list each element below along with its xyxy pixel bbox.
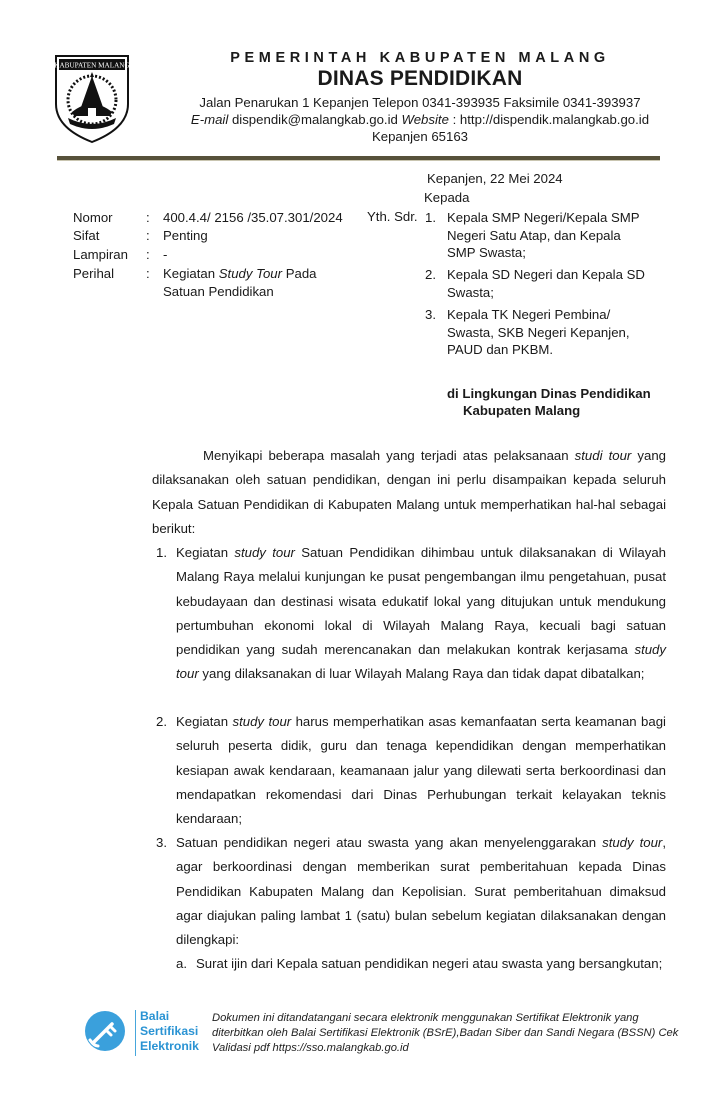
- list-number: 3.: [156, 831, 167, 855]
- recipient-number: 1.: [425, 209, 436, 227]
- list-item: Kegiatan study tour Satuan Pendidikan di…: [176, 541, 666, 687]
- recipient-number: 3.: [425, 306, 436, 324]
- list-item: Kegiatan study tour harus memperhatikan …: [176, 710, 666, 831]
- email-website-line: E-mail dispendik@malangkab.go.id Website…: [160, 111, 680, 128]
- government-name: PEMERINTAH KABUPATEN MALANG: [160, 50, 680, 66]
- address-line: Jalan Penarukan 1 Kepanjen Telepon 0341-…: [160, 94, 680, 111]
- city-postal: Kepanjen 65163: [160, 128, 680, 145]
- recipient-item: Kepala SMP Negeri/Kepala SMP Negeri Satu…: [447, 209, 687, 262]
- list-number: 2.: [156, 710, 167, 734]
- bsre-name: Balai Sertifikasi Elektronik: [140, 1009, 199, 1054]
- sublist-letter: a.: [176, 952, 187, 976]
- intro-paragraph: Menyikapi beberapa masalah yang terjadi …: [152, 444, 666, 541]
- meta-label-lampiran: Lampiran: [73, 246, 128, 264]
- website-label: Website: [402, 112, 449, 127]
- bsre-key-logo-icon: [84, 1010, 126, 1052]
- meta-label-nomor: Nomor: [73, 209, 113, 227]
- meta-value-lampiran: -: [163, 246, 167, 264]
- to-label: Kepada: [424, 190, 469, 205]
- meta-label-perihal: Perihal: [73, 265, 114, 283]
- list-item: Satuan pendidikan negeri atau swasta yan…: [176, 831, 666, 952]
- email-address[interactable]: dispendik@malangkab.go.id: [232, 112, 398, 127]
- recipient-location: di Lingkungan Dinas Pendidikan: [447, 384, 651, 403]
- meta-label-sifat: Sifat: [73, 227, 99, 245]
- kabupaten-malang-emblem-icon: KABUPATEN MALANG: [52, 52, 132, 144]
- meta-value-perihal: Kegiatan Study Tour Pada Satuan Pendidik…: [163, 265, 317, 300]
- e-signature-note: Dokumen ini ditandatangani secara elektr…: [212, 1011, 682, 1056]
- recipient-number: 2.: [425, 266, 436, 284]
- email-label: E-mail: [191, 112, 228, 127]
- recipient-item: Kepala SD Negeri dan Kepala SD Swasta;: [447, 266, 687, 301]
- meta-colon: :: [146, 227, 150, 245]
- list-number: 1.: [156, 541, 167, 565]
- recipient-location-2: Kabupaten Malang: [463, 403, 580, 418]
- meta-value-nomor: 400.4.4/ 2156 /35.07.301/2024: [163, 209, 343, 227]
- meta-colon: :: [146, 265, 150, 283]
- footer-divider: [135, 1010, 136, 1056]
- recipient-item: Kepala TK Negeri Pembina/ Swasta, SKB Ne…: [447, 306, 687, 359]
- website-url[interactable]: : http://dispendik.malangkab.go.id: [453, 112, 649, 127]
- sublist-item: Surat ijin dari Kepala satuan pendidikan…: [196, 952, 666, 976]
- meta-colon: :: [146, 209, 150, 227]
- department-name: DINAS PENDIDIKAN: [160, 67, 680, 91]
- meta-colon: :: [146, 246, 150, 264]
- letterhead-divider: [57, 156, 660, 161]
- meta-value-sifat: Penting: [163, 227, 208, 245]
- salutation: Yth. Sdr.: [367, 209, 418, 224]
- place-date: Kepanjen, 22 Mei 2024: [427, 171, 563, 186]
- svg-text:KABUPATEN MALANG: KABUPATEN MALANG: [54, 62, 129, 70]
- letterhead-contact: Jalan Penarukan 1 Kepanjen Telepon 0341-…: [160, 94, 680, 145]
